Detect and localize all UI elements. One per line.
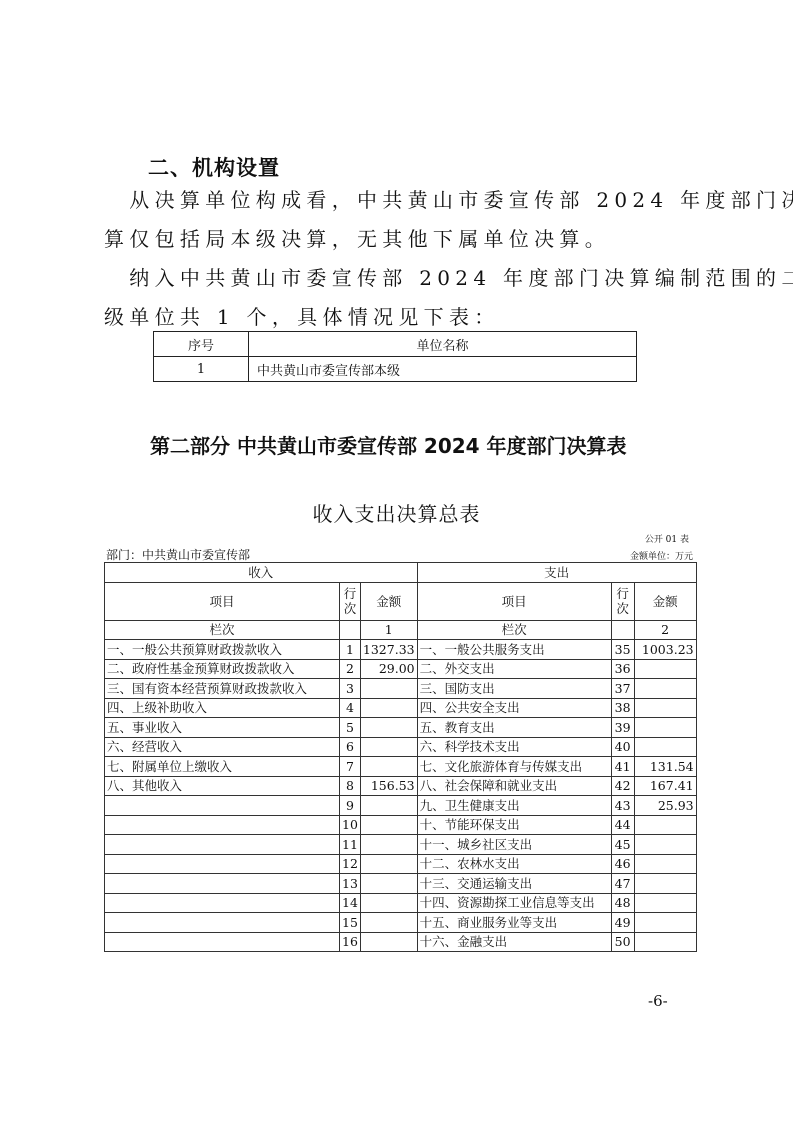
paragraph-1-line-1: 从决算单位构成看，中共黄山市委宣传部 2024 年度部门决 bbox=[104, 190, 696, 210]
expense-line-no: 46 bbox=[611, 854, 634, 874]
expense-line-header: 行次 bbox=[611, 582, 634, 620]
income-line-no: 15 bbox=[340, 913, 361, 933]
income-item: 七、附属单位上缴收入 bbox=[105, 757, 340, 777]
income-item: 二、政府性基金预算财政拨款收入 bbox=[105, 659, 340, 679]
expense-line-no: 35 bbox=[611, 640, 634, 660]
expense-line-no: 48 bbox=[611, 893, 634, 913]
expense-item: 十一、城乡社区支出 bbox=[417, 835, 611, 855]
income-line-no: 9 bbox=[340, 796, 361, 816]
income-amount bbox=[360, 893, 417, 913]
income-item-header: 项目 bbox=[105, 582, 340, 620]
income-expense-table: 收入 支出 项目 行次 金额 项目 行次 金额 栏次 1 栏次 2 一、一般公共… bbox=[104, 562, 697, 952]
expense-line-no: 39 bbox=[611, 718, 634, 738]
expense-line-no: 37 bbox=[611, 679, 634, 699]
column-number-row: 栏次 1 栏次 2 bbox=[105, 620, 697, 640]
table-row: 五、事业收入5五、教育支出39 bbox=[105, 718, 697, 738]
expense-amount bbox=[634, 659, 696, 679]
expense-item: 八、社会保障和就业支出 bbox=[417, 776, 611, 796]
expense-amount bbox=[634, 737, 696, 757]
part-title: 第二部分 中共黄山市委宣传部 2024 年度部门决算表 bbox=[150, 430, 627, 459]
income-header: 收入 bbox=[105, 563, 418, 583]
section-header-row: 收入 支出 bbox=[105, 563, 697, 583]
expense-item: 五、教育支出 bbox=[417, 718, 611, 738]
table-row: 四、上级补助收入4四、公共安全支出38 bbox=[105, 698, 697, 718]
expense-amount bbox=[634, 932, 696, 952]
income-line-no: 7 bbox=[340, 757, 361, 777]
table-code: 公开 01 表 bbox=[645, 532, 689, 545]
income-line-header: 行次 bbox=[340, 582, 361, 620]
expense-header: 支出 bbox=[417, 563, 696, 583]
table-row: 六、经营收入6六、科学技术支出40 bbox=[105, 737, 697, 757]
income-line-no: 13 bbox=[340, 874, 361, 894]
income-col-no: 1 bbox=[360, 620, 417, 640]
table-title: 收入支出决算总表 bbox=[0, 498, 793, 527]
income-item bbox=[105, 796, 340, 816]
income-item: 六、经营收入 bbox=[105, 737, 340, 757]
expense-item: 七、文化旅游体育与传媒支出 bbox=[417, 757, 611, 777]
income-item bbox=[105, 893, 340, 913]
expense-item: 三、国防支出 bbox=[417, 679, 611, 699]
expense-item: 十、节能环保支出 bbox=[417, 815, 611, 835]
table-row: 11十一、城乡社区支出45 bbox=[105, 835, 697, 855]
expense-amount bbox=[634, 874, 696, 894]
income-item: 八、其他收入 bbox=[105, 776, 340, 796]
income-item bbox=[105, 874, 340, 894]
expense-amount: 1003.23 bbox=[634, 640, 696, 660]
table-row: 12十二、农林水支出46 bbox=[105, 854, 697, 874]
table-row: 9九、卫生健康支出4325.93 bbox=[105, 796, 697, 816]
income-line-no: 8 bbox=[340, 776, 361, 796]
income-item: 一、一般公共预算财政拨款收入 bbox=[105, 640, 340, 660]
income-line-no: 14 bbox=[340, 893, 361, 913]
header-unit-name: 单位名称 bbox=[249, 332, 637, 357]
expense-lanci-line bbox=[611, 620, 634, 640]
header-serial: 序号 bbox=[154, 332, 249, 357]
income-amount: 156.53 bbox=[360, 776, 417, 796]
page-number: -6- bbox=[648, 992, 668, 1010]
income-item: 四、上级补助收入 bbox=[105, 698, 340, 718]
income-lanci: 栏次 bbox=[105, 620, 340, 640]
income-line-no: 12 bbox=[340, 854, 361, 874]
expense-line-no: 49 bbox=[611, 913, 634, 933]
expense-line-no: 50 bbox=[611, 932, 634, 952]
table-row: 一、一般公共预算财政拨款收入11327.33一、一般公共服务支出351003.2… bbox=[105, 640, 697, 660]
income-lanci-line bbox=[340, 620, 361, 640]
unit-table: 序号 单位名称 1 中共黄山市委宣传部本级 bbox=[153, 331, 637, 382]
income-amount bbox=[360, 932, 417, 952]
expense-line-no: 43 bbox=[611, 796, 634, 816]
table-row: 10十、节能环保支出44 bbox=[105, 815, 697, 835]
income-amount bbox=[360, 815, 417, 835]
income-amount bbox=[360, 698, 417, 718]
expense-amount: 167.41 bbox=[634, 776, 696, 796]
income-line-no: 10 bbox=[340, 815, 361, 835]
expense-line-no: 44 bbox=[611, 815, 634, 835]
expense-amount bbox=[634, 679, 696, 699]
unit-name: 中共黄山市委宣传部本级 bbox=[249, 357, 637, 382]
expense-item: 二、外交支出 bbox=[417, 659, 611, 679]
expense-amount-header: 金额 bbox=[634, 582, 696, 620]
paragraph-1-line-2: 算仅包括局本级决算，无其他下属单位决算。 bbox=[104, 229, 696, 249]
income-amount bbox=[360, 835, 417, 855]
income-amount bbox=[360, 874, 417, 894]
expense-item: 九、卫生健康支出 bbox=[417, 796, 611, 816]
income-item bbox=[105, 835, 340, 855]
income-item: 三、国有资本经营预算财政拨款收入 bbox=[105, 679, 340, 699]
expense-line-no: 36 bbox=[611, 659, 634, 679]
expense-lanci: 栏次 bbox=[417, 620, 611, 640]
expense-col-no: 2 bbox=[634, 620, 696, 640]
table-row: 七、附属单位上缴收入7七、文化旅游体育与传媒支出41131.54 bbox=[105, 757, 697, 777]
expense-item: 十六、金融支出 bbox=[417, 932, 611, 952]
unit-serial: 1 bbox=[154, 357, 249, 382]
expense-amount bbox=[634, 698, 696, 718]
amount-unit-note: 金额单位：万元 bbox=[630, 549, 693, 562]
expense-item: 十四、资源勘探工业信息等支出 bbox=[417, 893, 611, 913]
income-line-no: 1 bbox=[340, 640, 361, 660]
expense-item: 十二、农林水支出 bbox=[417, 854, 611, 874]
table-row: 16十六、金融支出50 bbox=[105, 932, 697, 952]
income-amount-header: 金额 bbox=[360, 582, 417, 620]
income-amount bbox=[360, 737, 417, 757]
table-row: 15十五、商业服务业等支出49 bbox=[105, 913, 697, 933]
expense-amount bbox=[634, 718, 696, 738]
income-amount bbox=[360, 718, 417, 738]
expense-item: 十五、商业服务业等支出 bbox=[417, 913, 611, 933]
expense-line-no: 45 bbox=[611, 835, 634, 855]
income-line-no: 5 bbox=[340, 718, 361, 738]
expense-item: 十三、交通运输支出 bbox=[417, 874, 611, 894]
expense-amount: 131.54 bbox=[634, 757, 696, 777]
unit-table-header: 序号 单位名称 bbox=[154, 332, 637, 357]
section-heading: 二、机构设置 bbox=[148, 152, 280, 182]
expense-item: 四、公共安全支出 bbox=[417, 698, 611, 718]
expense-line-no: 40 bbox=[611, 737, 634, 757]
expense-line-no: 42 bbox=[611, 776, 634, 796]
income-item: 五、事业收入 bbox=[105, 718, 340, 738]
income-item bbox=[105, 932, 340, 952]
income-line-no: 16 bbox=[340, 932, 361, 952]
department-label: 部门：中共黄山市委宣传部 bbox=[106, 546, 250, 563]
expense-amount: 25.93 bbox=[634, 796, 696, 816]
expense-line-no: 38 bbox=[611, 698, 634, 718]
expense-line-no: 47 bbox=[611, 874, 634, 894]
income-amount bbox=[360, 757, 417, 777]
income-amount bbox=[360, 854, 417, 874]
expense-amount bbox=[634, 835, 696, 855]
expense-item: 六、科学技术支出 bbox=[417, 737, 611, 757]
paragraph-2-line-2: 级单位共 1 个，具体情况见下表： bbox=[104, 307, 696, 327]
expense-amount bbox=[634, 854, 696, 874]
expense-amount bbox=[634, 893, 696, 913]
expense-line-no: 41 bbox=[611, 757, 634, 777]
income-amount bbox=[360, 796, 417, 816]
table-row: 三、国有资本经营预算财政拨款收入3三、国防支出37 bbox=[105, 679, 697, 699]
income-item bbox=[105, 815, 340, 835]
income-line-no: 2 bbox=[340, 659, 361, 679]
paragraph-2-line-1: 纳入中共黄山市委宣传部 2024 年度部门决算编制范围的二 bbox=[104, 268, 696, 288]
table-row: 二、政府性基金预算财政拨款收入229.00二、外交支出36 bbox=[105, 659, 697, 679]
income-item bbox=[105, 913, 340, 933]
table-row: 14十四、资源勘探工业信息等支出48 bbox=[105, 893, 697, 913]
income-amount: 29.00 bbox=[360, 659, 417, 679]
column-header-row: 项目 行次 金额 项目 行次 金额 bbox=[105, 582, 697, 620]
income-amount bbox=[360, 913, 417, 933]
income-amount bbox=[360, 679, 417, 699]
income-line-no: 6 bbox=[340, 737, 361, 757]
table-row: 13十三、交通运输支出47 bbox=[105, 874, 697, 894]
table-row: 八、其他收入8156.53八、社会保障和就业支出42167.41 bbox=[105, 776, 697, 796]
unit-table-row: 1 中共黄山市委宣传部本级 bbox=[154, 357, 637, 382]
expense-item-header: 项目 bbox=[417, 582, 611, 620]
income-line-no: 11 bbox=[340, 835, 361, 855]
expense-item: 一、一般公共服务支出 bbox=[417, 640, 611, 660]
income-line-no: 4 bbox=[340, 698, 361, 718]
income-line-no: 3 bbox=[340, 679, 361, 699]
income-item bbox=[105, 854, 340, 874]
income-amount: 1327.33 bbox=[360, 640, 417, 660]
expense-amount bbox=[634, 913, 696, 933]
expense-amount bbox=[634, 815, 696, 835]
